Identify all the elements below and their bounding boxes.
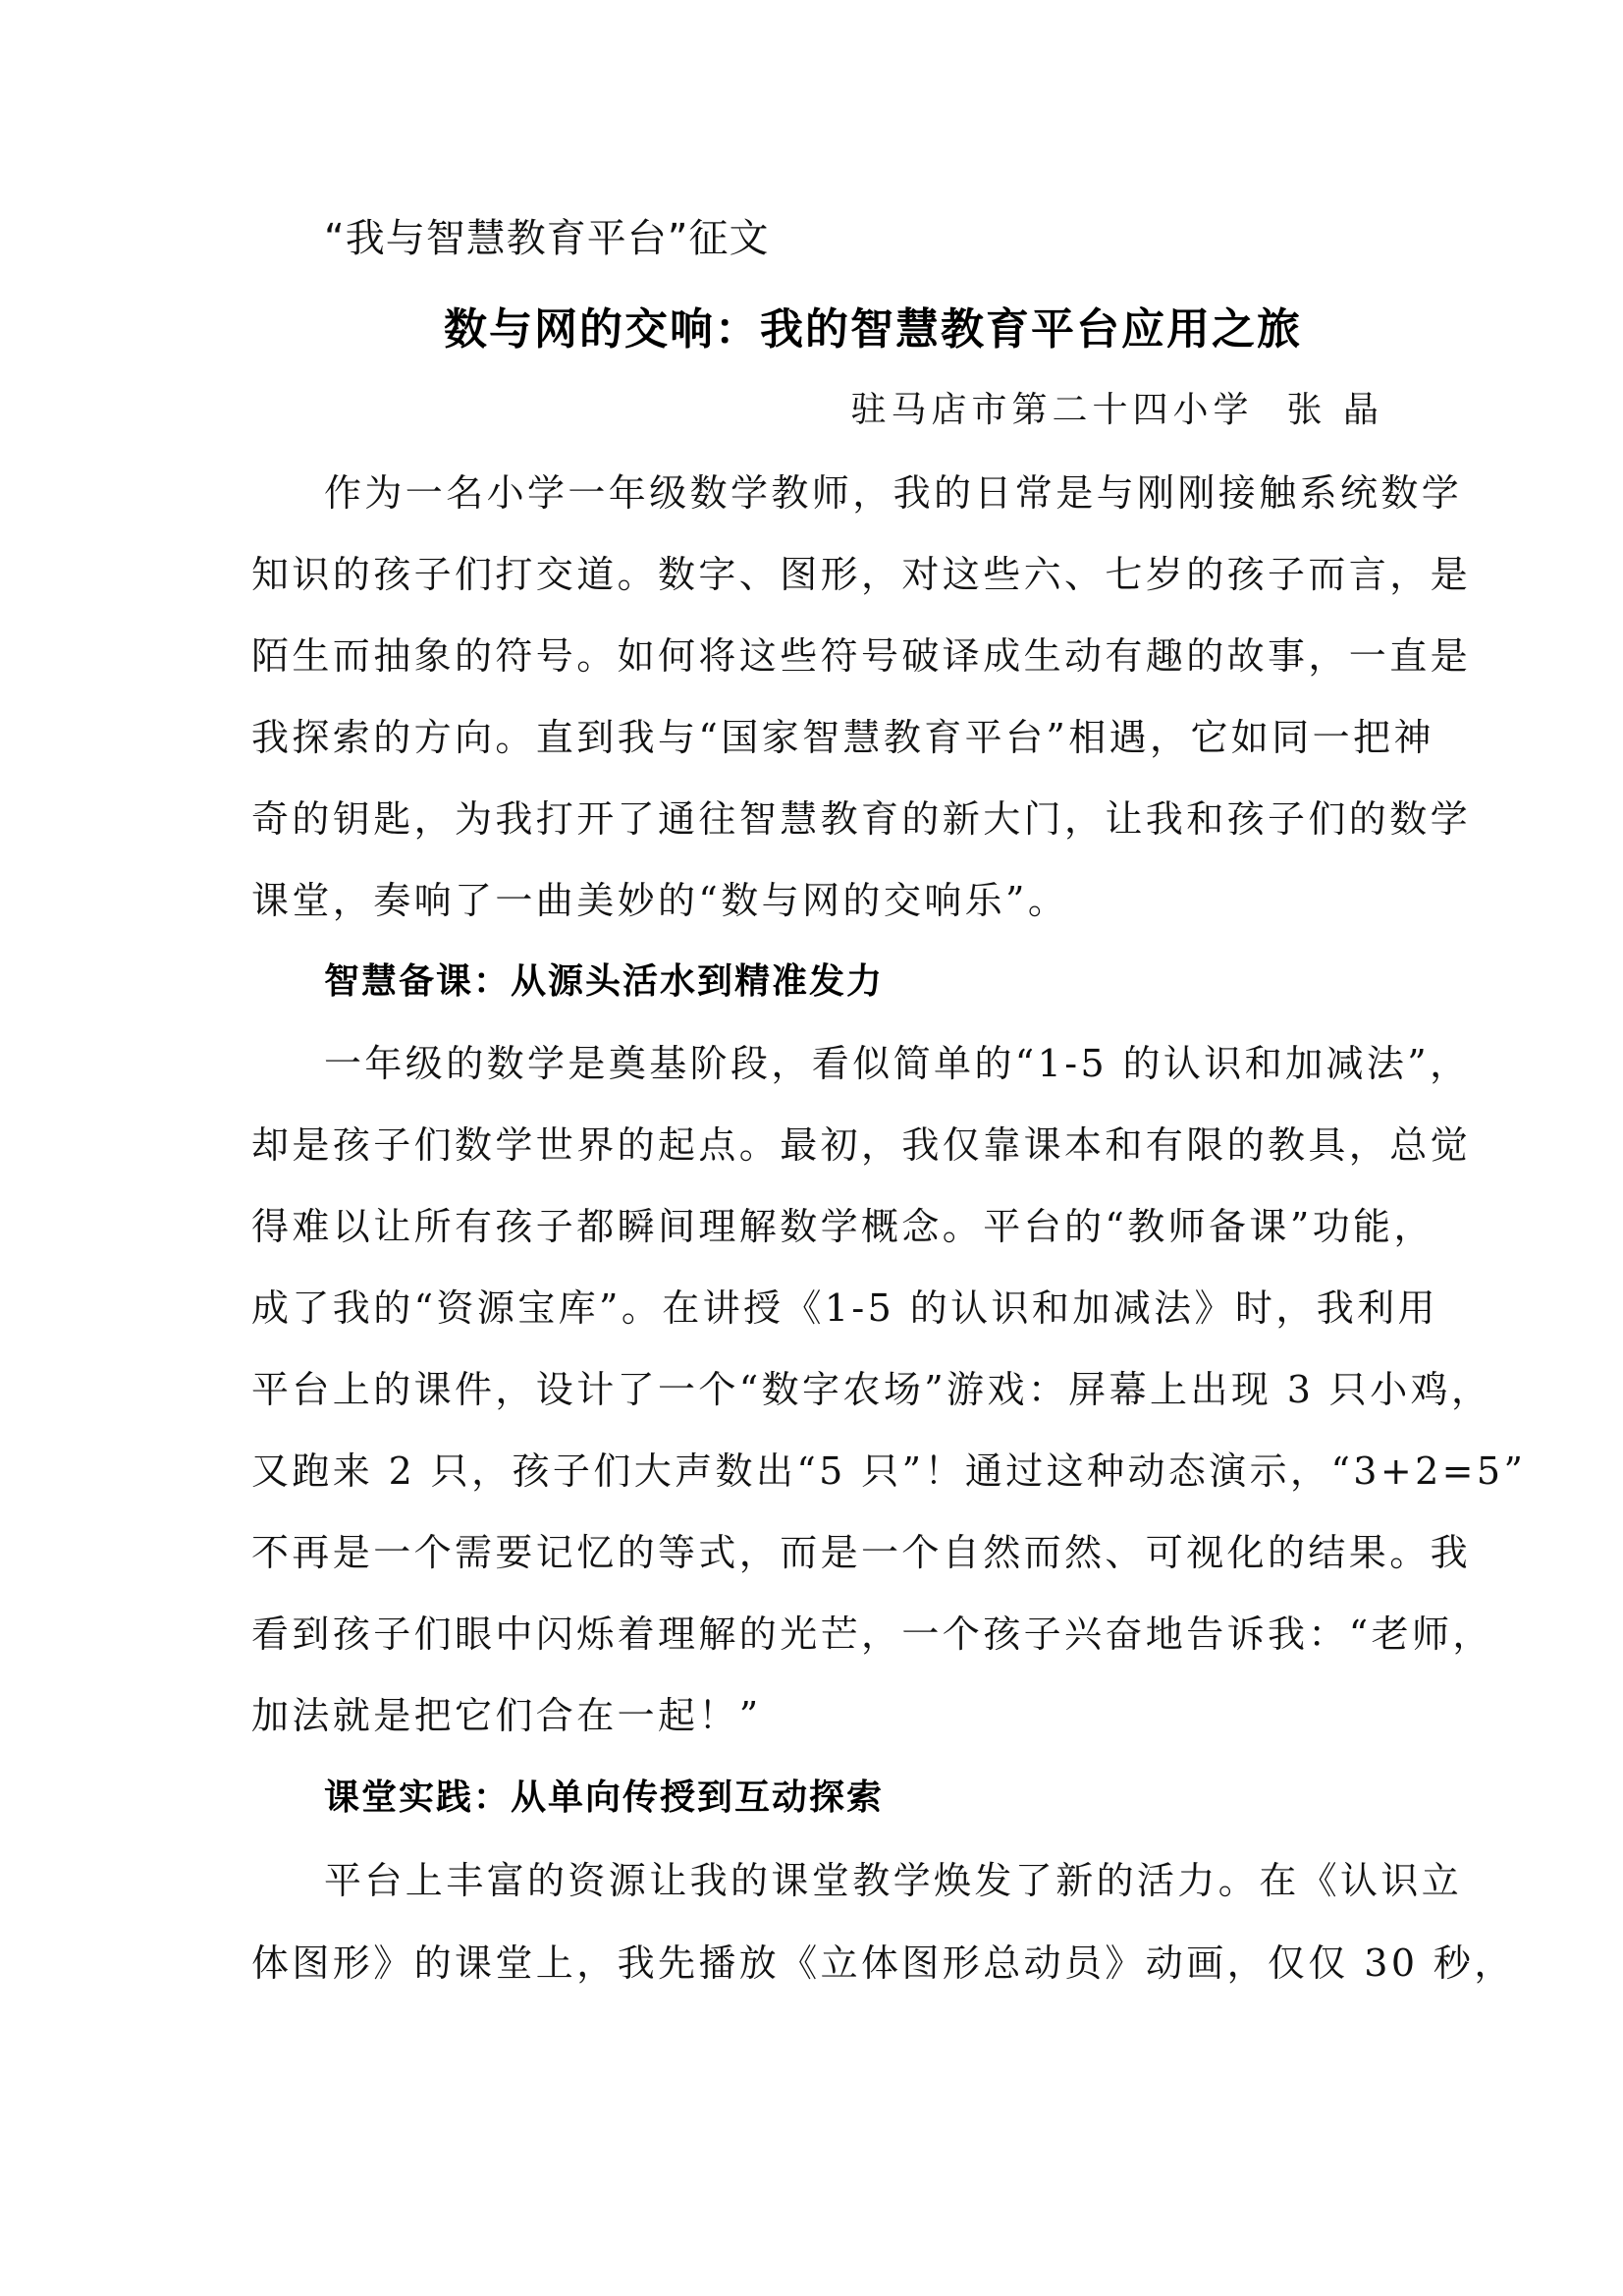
text-line: 得难以让所有孩子都瞬间理解数学概念。平台的“教师备课”功能， [251,1202,1380,1251]
essay-contest-label: “我与智慧教育平台”征文 [324,214,769,263]
text-line: 课堂，奏响了一曲美妙的“数与网的交响乐”。 [251,876,1380,925]
text-line: 不再是一个需要记忆的等式，而是一个自然而然、可视化的结果。我 [251,1528,1380,1577]
text-line: 平台上的课件，设计了一个“数字农场”游戏：屏幕上出现 3 只小鸡， [251,1365,1380,1414]
text-line: 加法就是把它们合在一起！” [251,1691,1380,1740]
text-line: 陌生而抽象的符号。如何将这些符号破译成生动有趣的故事，一直是 [251,631,1380,681]
section-heading: 课堂实践：从单向传授到互动探索 [324,1774,884,1823]
text-line: 平台上丰富的资源让我的课堂教学焕发了新的活力。在《认识立 [324,1856,1380,1905]
text-line: 却是孩子们数学世界的起点。最初，我仅靠课本和有限的教具，总觉 [251,1121,1380,1170]
text-line: 体图形》的课堂上，我先播放《立体图形总动员》动画，仅仅 30 秒， [251,1939,1380,1988]
text-line: 又跑来 2 只，孩子们大声数出“5 只”！通过这种动态演示，“3+2=5” [251,1447,1380,1496]
text-line: 知识的孩子们打交道。数字、图形，对这些六、七岁的孩子而言，是 [251,550,1380,599]
text-line: 作为一名小学一年级数学教师，我的日常是与刚刚接触系统数学 [324,468,1380,518]
author-line: 驻马店市第二十四小学张 晶 [851,386,1383,435]
article-title: 数与网的交响：我的智慧教育平台应用之旅 [444,302,1302,357]
text-line: 奇的钥匙，为我打开了通往智慧教育的新大门，让我和孩子们的数学 [251,794,1380,844]
text-line: 成了我的“资源宝库”。在讲授《1-5 的认识和加减法》时，我利用 [251,1284,1380,1333]
author-school: 驻马店市第二十四小学 [851,390,1254,430]
section-heading: 智慧备课：从源头活水到精准发力 [324,957,884,1007]
text-line: 我探索的方向。直到我与“国家智慧教育平台”相遇，它如同一把神 [251,713,1380,762]
text-line: 看到孩子们眼中闪烁着理解的光芒，一个孩子兴奋地告诉我：“老师， [251,1610,1380,1659]
author-name: 张 晶 [1287,390,1383,430]
text-line: 一年级的数学是奠基阶段，看似简单的“1-5 的认识和加减法”， [324,1039,1380,1088]
